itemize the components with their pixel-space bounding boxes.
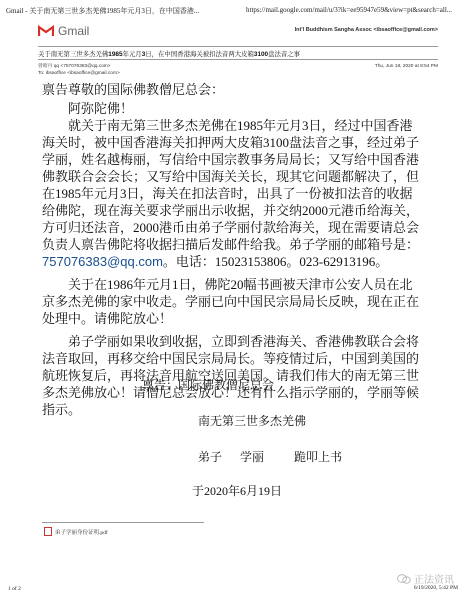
email-link[interactable]: 757076383@qq.com [42,254,163,269]
watermark-text: 正法资讯 [414,571,454,586]
subject-text: 年元月 [123,51,142,58]
subject-text: 盘法音之事 [268,51,300,58]
gmail-logo-text: Gmail [58,24,89,38]
attachment-divider [42,522,204,523]
subject-divider [38,59,438,60]
print-timestamp: 6/19/2020, 5:42 PM [414,585,458,591]
print-page-title: Gmail - 关于南无第三世多杰羌佛1985年元月3日，在中国香港... [6,6,199,16]
page-counter: 1 of 2 [8,586,21,592]
signature-recipient: 禀告：国际佛教僧尼总会 [0,376,468,393]
greeting: 阿弥陀佛！ [42,100,422,117]
paragraph-1-tail: 。电话：15023153806。023-62913196。 [163,254,388,269]
attachment-item[interactable]: 弟子学丽身份证明.pdf [44,527,108,536]
subject-text: 日，在中国香港海关被扣法音两大皮箱 [145,51,254,58]
signature-date: 于2020年6月19日 [0,482,468,499]
email-body: 禀告尊敬的国际佛教僧尼总会： 阿弥陀佛！ 就关于南无第三世多杰羌佛在1985年元… [42,81,422,418]
email-to: To: ibsaoffice <ibsaoffice@gmail.com> [38,70,438,77]
gmail-bar: Gmail Int'l Buddhism Sangha Assoc <ibsao… [38,22,438,42]
header-divider [38,46,438,47]
signature-buddha: 南无第三世多杰羌佛 [0,412,468,429]
pdf-icon [44,527,52,536]
subject-text: 1985 [108,51,122,58]
print-header: Gmail - 关于南无第三世多杰羌佛1985年元月3日，在中国香港... ht… [6,6,462,18]
print-page-url: https://mail.google.com/mail/u/3?ik=ee95… [246,6,452,14]
subject-text: 3100 [254,51,268,58]
paragraph-1-text: 就关于南无第三世多杰羌佛在1985年元月3日，经过中国香港海关时，被中国香港海关… [42,118,419,252]
watermark: 正法资讯 [397,571,454,586]
email-date: Thu, Jun 18, 2020 at 8:54 PM [375,63,438,70]
salutation: 禀告尊敬的国际佛教僧尼总会： [42,81,422,98]
email-subject: 关于南无第三世多杰羌佛1985年元月3日，在中国香港海关被扣法音两大皮箱3100… [38,49,438,58]
paragraph-2: 关于在1986年元月1日，佛陀20幅书画被天津市公安人员在北京多杰羌佛的家中收走… [42,276,422,327]
paragraph-1: 就关于南无第三世多杰羌佛在1985年元月3日，经过中国香港海关时，被中国香港海关… [42,117,422,270]
email-meta: 曾昭丹 qq <757076383@qq.com> To: ibsaoffice… [38,63,438,77]
subject-text: 关于南无第三世多杰羌佛 [38,51,108,58]
gmail-m-icon [38,25,54,37]
wechat-icon [397,574,411,584]
signature-disciple: 弟子 学丽 跪叩上书 [0,448,468,465]
attachment-filename[interactable]: 弟子学丽身份证明.pdf [55,528,108,536]
gmail-logo: Gmail [38,24,89,38]
account-label: Int'l Buddhism Sangha Assoc <ibsaoffice@… [295,27,438,33]
